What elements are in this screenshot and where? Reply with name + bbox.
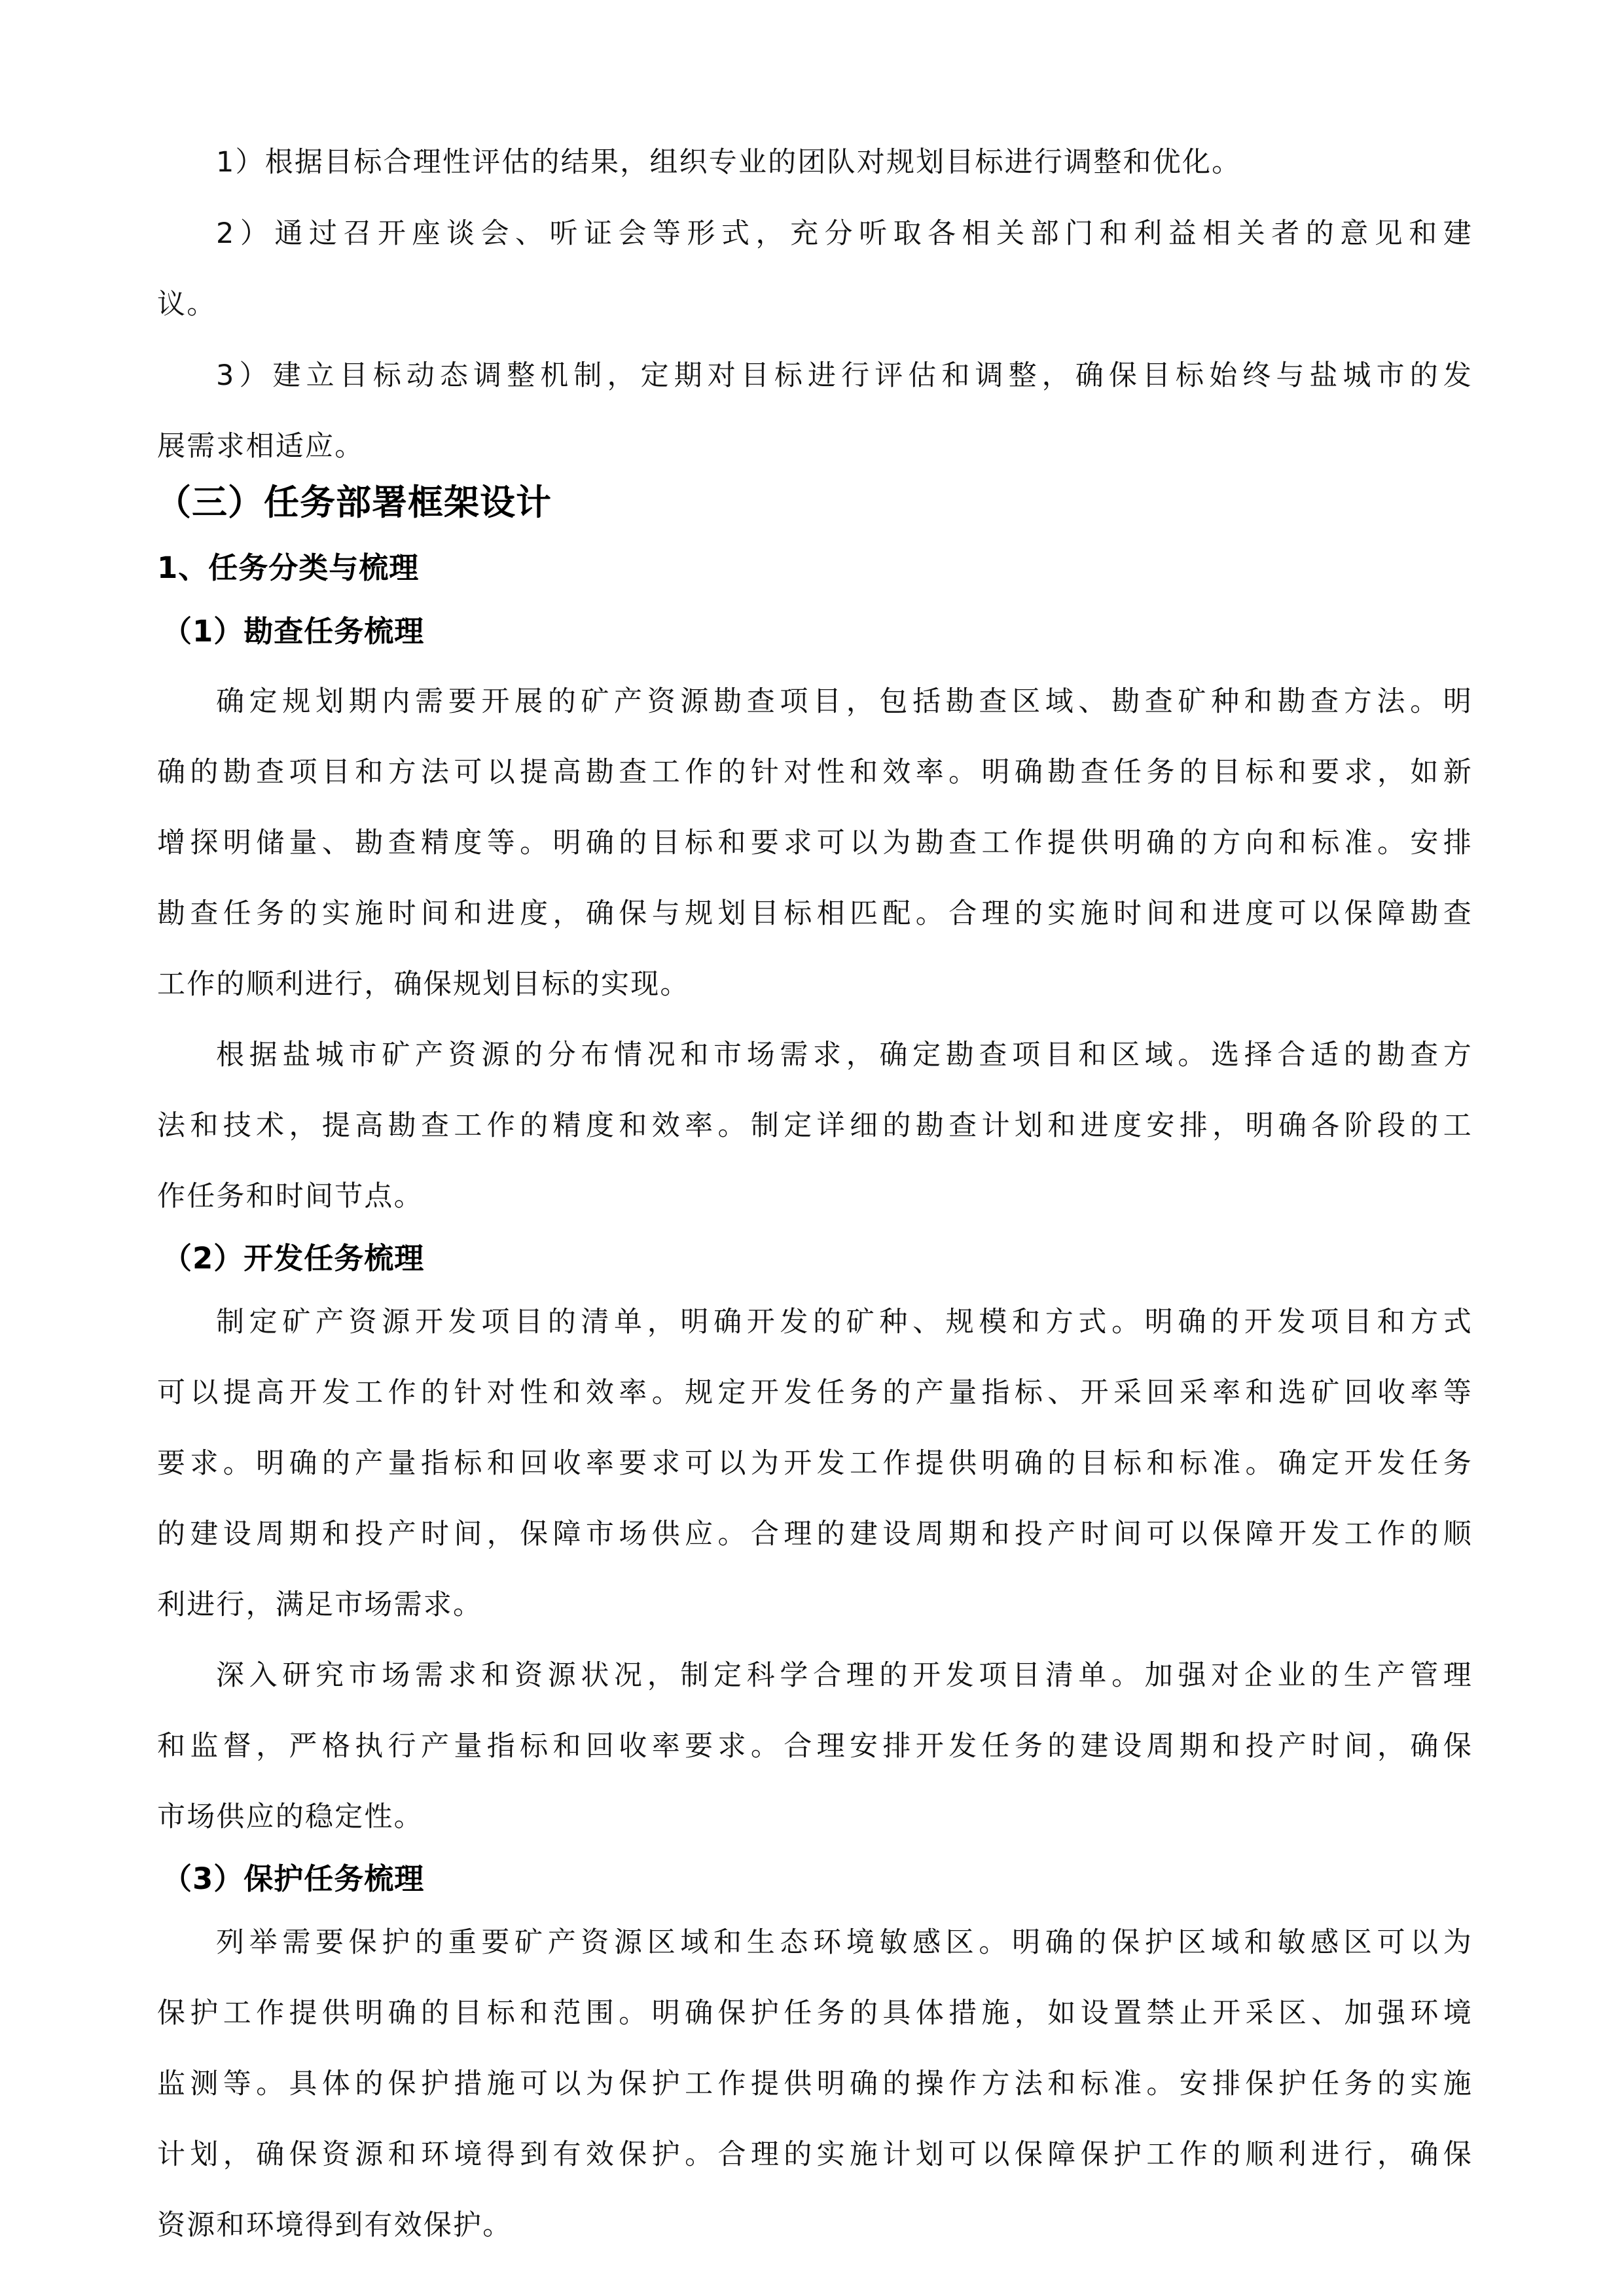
protection-para-1-line-3: 监测等。具体的保护措施可以为保护工作提供明确的操作方法和标准。安排保护任务的实施 bbox=[157, 2064, 1473, 2104]
development-para-1-line-4: 的建设周期和投产时间，保障市场供应。合理的建设周期和投产时间可以保障开发工作的顺 bbox=[157, 1515, 1473, 1554]
development-para-1-line-2: 可以提高开发工作的针对性和效率。规定开发任务的产量指标、开采回采率和选矿回收率等 bbox=[157, 1373, 1473, 1412]
exploration-para-1-line-2: 确的勘查项目和方法可以提高勘查工作的针对性和效率。明确勘查任务的目标和要求，如新 bbox=[157, 753, 1473, 792]
exploration-para-1-line-3: 增探明储量、勘查精度等。明确的目标和要求可以为勘查工作提供明确的方向和标准。安排 bbox=[157, 823, 1473, 863]
intro-item-1-line-1: 1）根据目标合理性评估的结果，组织专业的团队对规划目标进行调整和优化。 bbox=[216, 143, 1473, 182]
protection-task-heading: （3）保护任务梳理 bbox=[162, 1859, 424, 1899]
development-para-1-line-5: 利进行，满足市场需求。 bbox=[157, 1585, 1473, 1624]
exploration-para-1-line-5: 工作的顺利进行，确保规划目标的实现。 bbox=[157, 965, 1473, 1004]
intro-item-2-line-1: 2）通过召开座谈会、听证会等形式，充分听取各相关部门和利益相关者的意见和建 bbox=[216, 214, 1473, 253]
exploration-para-2-line-3: 作任务和时间节点。 bbox=[157, 1177, 1473, 1216]
intro-item-3-line-1: 3）建立目标动态调整机制，定期对目标进行评估和调整，确保目标始终与盐城市的发 bbox=[216, 356, 1473, 395]
section-heading: （三）任务部署框架设计 bbox=[156, 480, 552, 526]
protection-para-1-line-2: 保护工作提供明确的目标和范围。明确保护任务的具体措施，如设置禁止开采区、加强环境 bbox=[157, 1994, 1473, 2033]
intro-item-3-line-2: 展需求相适应。 bbox=[157, 427, 1473, 466]
development-para-1-line-3: 要求。明确的产量指标和回收率要求可以为开发工作提供明确的目标和标准。确定开发任务 bbox=[157, 1444, 1473, 1483]
exploration-task-heading: （1）勘查任务梳理 bbox=[162, 612, 424, 651]
protection-para-1-line-5: 资源和环境得到有效保护。 bbox=[157, 2206, 1473, 2245]
document-page: 1）根据目标合理性评估的结果，组织专业的团队对规划目标进行调整和优化。 2）通过… bbox=[0, 0, 1624, 2296]
development-para-2-line-3: 市场供应的稳定性。 bbox=[157, 1797, 1473, 1837]
development-para-2-line-1: 深入研究市场需求和资源状况，制定科学合理的开发项目清单。加强对企业的生产管理 bbox=[216, 1656, 1473, 1695]
protection-para-1-line-1: 列举需要保护的重要矿产资源区域和生态环境敏感区。明确的保护区域和敏感区可以为 bbox=[216, 1923, 1473, 1962]
development-task-heading: （2）开发任务梳理 bbox=[162, 1239, 424, 1278]
exploration-para-2-line-1: 根据盐城市矿产资源的分布情况和市场需求，确定勘查项目和区域。选择合适的勘查方 bbox=[216, 1035, 1473, 1075]
protection-para-1-line-4: 计划，确保资源和环境得到有效保护。合理的实施计划可以保障保护工作的顺利进行，确保 bbox=[157, 2135, 1473, 2174]
subsection-heading: 1、任务分类与梳理 bbox=[157, 548, 419, 588]
development-para-2-line-2: 和监督，严格执行产量指标和回收率要求。合理安排开发任务的建设周期和投产时间，确保 bbox=[157, 1727, 1473, 1766]
exploration-para-2-line-2: 法和技术，提高勘查工作的精度和效率。制定详细的勘查计划和进度安排，明确各阶段的工 bbox=[157, 1106, 1473, 1145]
development-para-1-line-1: 制定矿产资源开发项目的清单，明确开发的矿种、规模和方式。明确的开发项目和方式 bbox=[216, 1302, 1473, 1342]
intro-item-2-line-2: 议。 bbox=[157, 285, 1473, 324]
exploration-para-1-line-4: 勘查任务的实施时间和进度，确保与规划目标相匹配。合理的实施时间和进度可以保障勘查 bbox=[157, 894, 1473, 933]
exploration-para-1-line-1: 确定规划期内需要开展的矿产资源勘查项目，包括勘查区域、勘查矿种和勘查方法。明 bbox=[216, 682, 1473, 721]
